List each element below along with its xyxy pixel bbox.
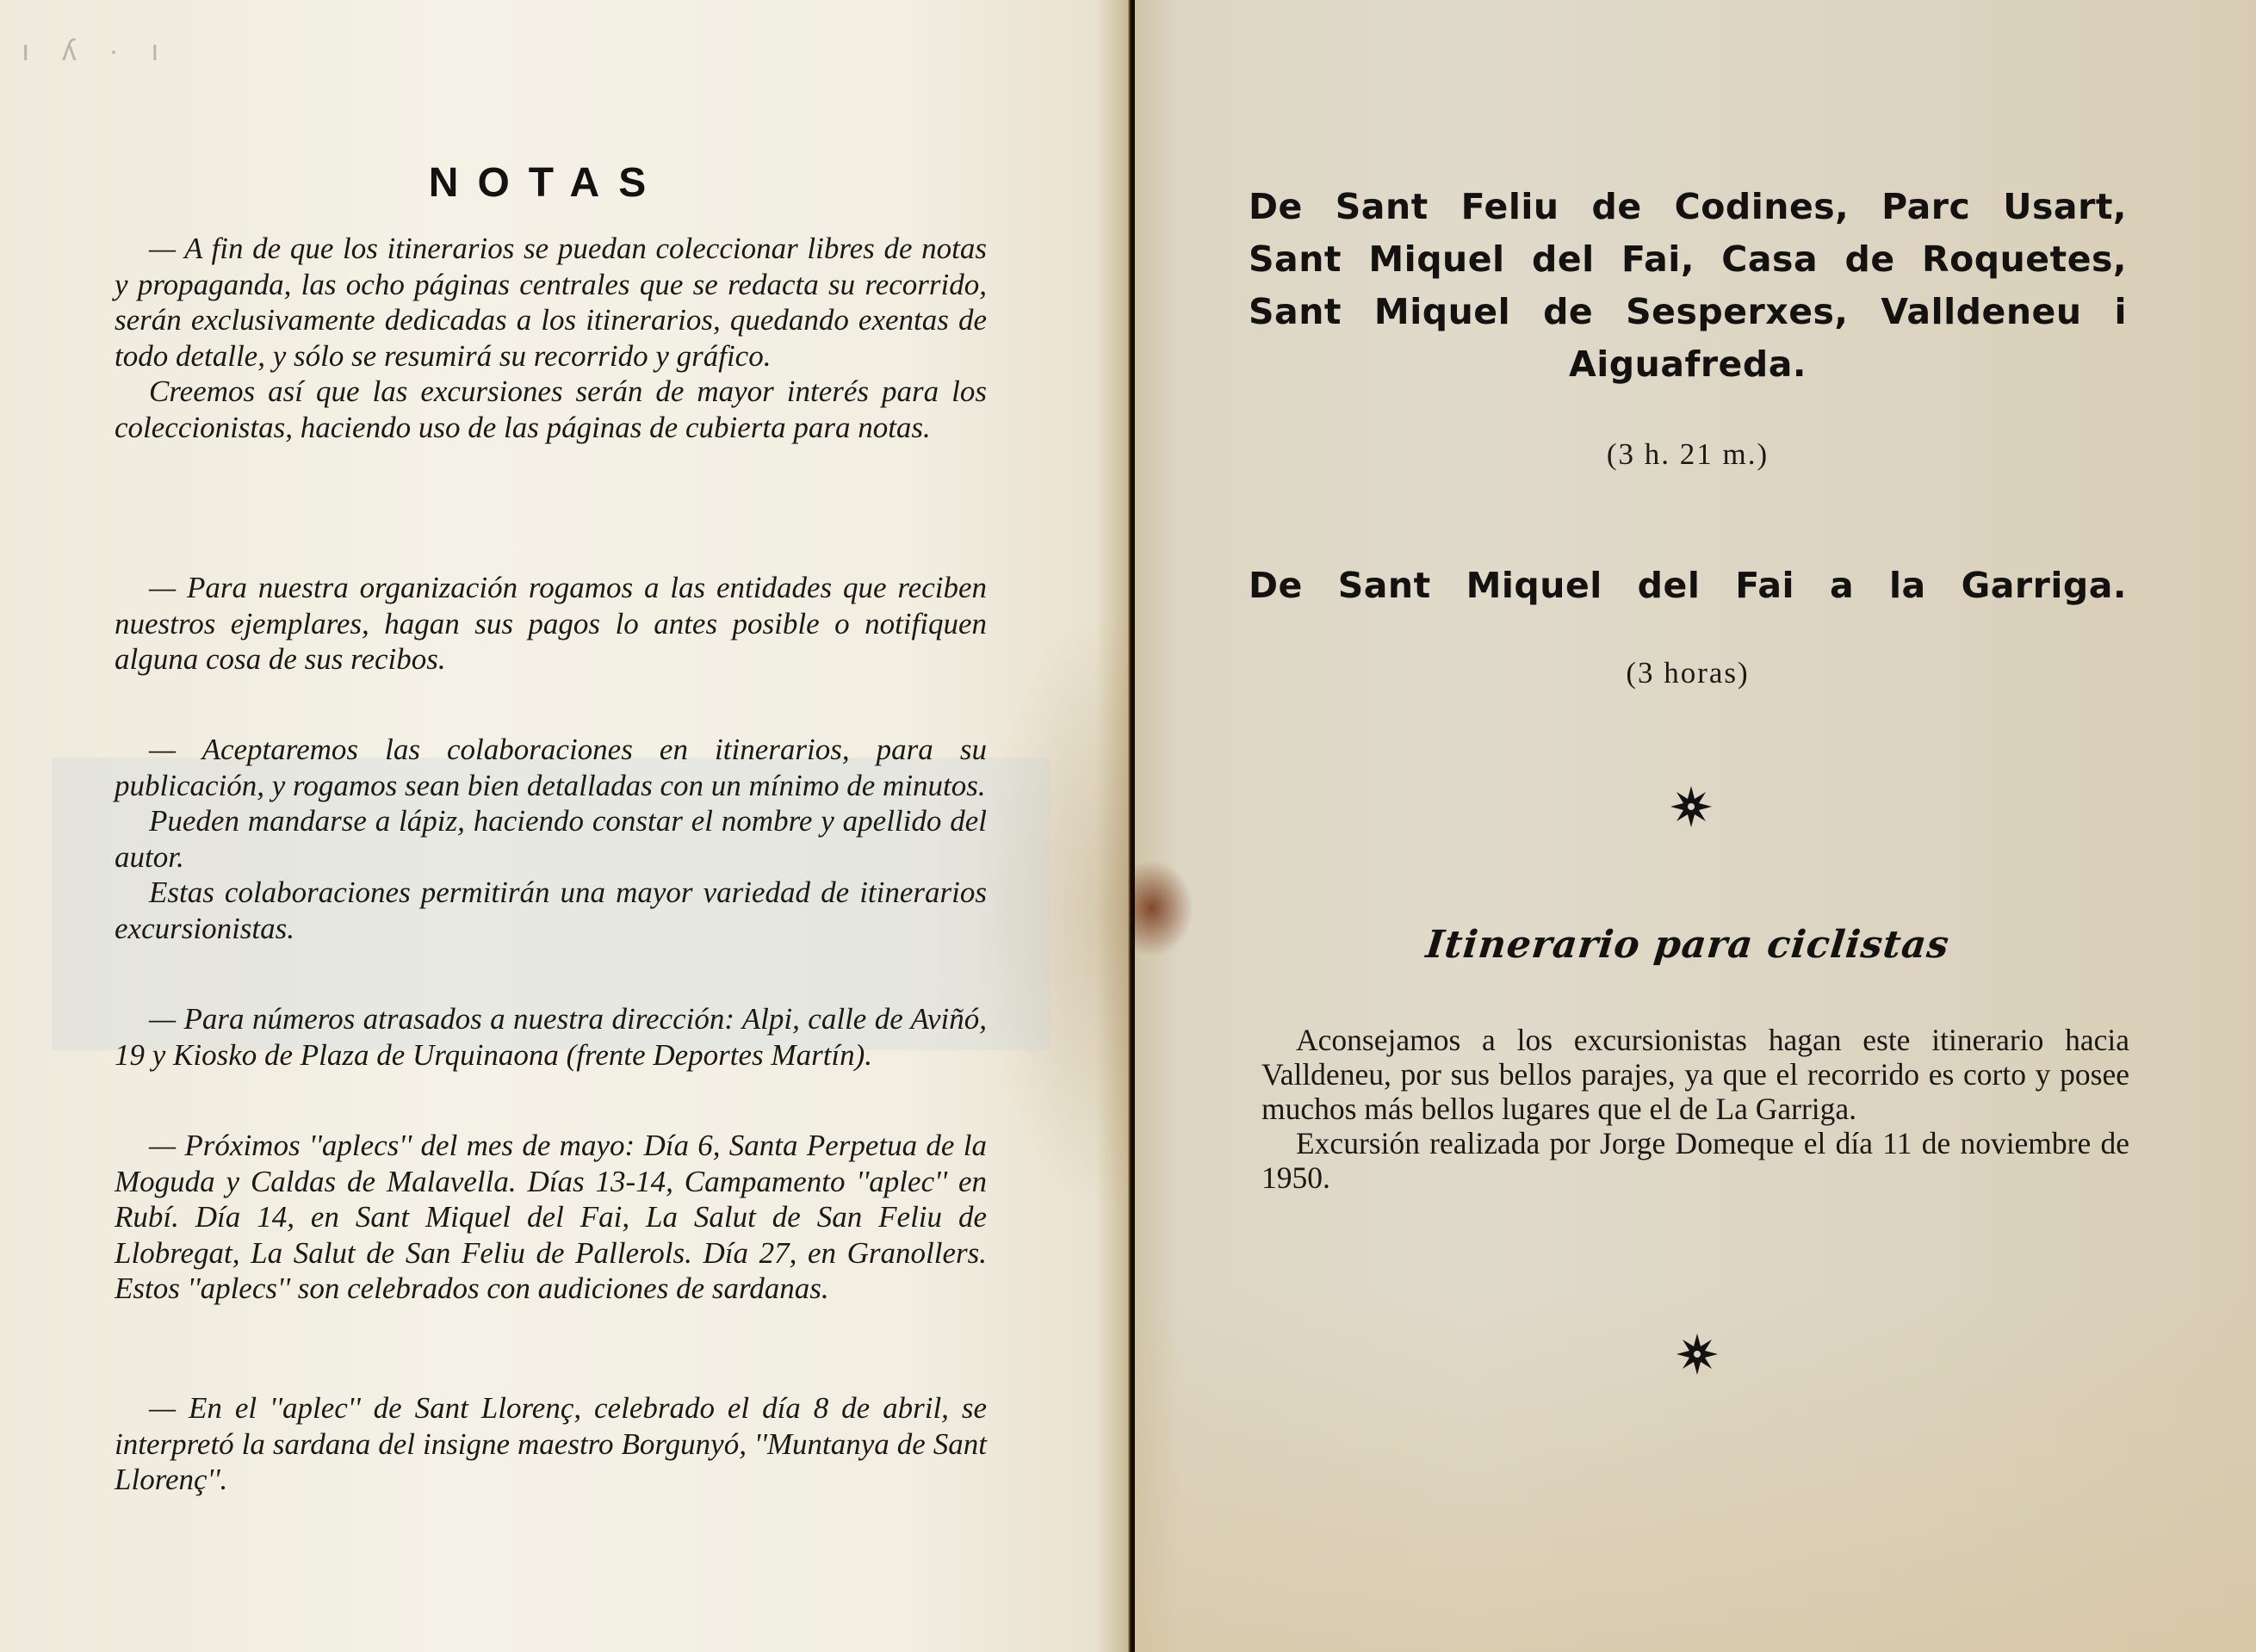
- note-payments: — Para nuestra organización rogamos a la…: [115, 570, 987, 678]
- note-paragraph: — Para nuestra organización rogamos a la…: [115, 570, 987, 678]
- note-back-issues: — Para números atrasados a nuestra direc…: [115, 1001, 987, 1073]
- notes-title: NOTAS: [344, 159, 749, 207]
- note-upcoming-aplecs: — Próximos ''aplecs'' del mes de mayo: D…: [115, 1128, 987, 1307]
- note-collecting-itineraries: — A fin de que los itinerarios se puedan…: [115, 231, 987, 445]
- note-collaborations: — Aceptaremos las colaboraciones en itin…: [115, 732, 987, 946]
- route-1-title: De Sant Feliu de Codines, Parc Usart, Sa…: [1249, 181, 2127, 391]
- note-paragraph: — Aceptaremos las colaboraciones en itin…: [115, 732, 987, 803]
- route-2-title: De Sant Miquel del Fai a la Garriga.: [1249, 560, 2127, 612]
- star-ornament-icon: [1670, 785, 1713, 828]
- note-sant-llorenc-aplec: — En el ''aplec'' de Sant Llorenç, celeb…: [115, 1390, 987, 1498]
- star-ornament-icon: [1676, 1333, 1719, 1376]
- route-2-duration: (3 horas): [1223, 656, 2153, 690]
- route-1-title-line: Sant Miquel del Fai, Casa de Roquetes,: [1249, 233, 2127, 286]
- note-paragraph: — En el ''aplec'' de Sant Llorenç, celeb…: [115, 1390, 987, 1498]
- note-paragraph: — Para números atrasados a nuestra direc…: [115, 1001, 987, 1073]
- route-1-title-line: De Sant Feliu de Codines, Parc Usart,: [1249, 181, 2127, 233]
- cyclist-paragraph: Excursión realizada por Jorge Domeque el…: [1261, 1126, 2129, 1195]
- route-1-title-line: Sant Miquel de Sesperxes, Valldeneu i: [1249, 286, 2127, 338]
- cyclist-paragraph: Aconsejamos a los excursionistas hagan e…: [1261, 1023, 2129, 1126]
- note-paragraph: — A fin de que los itinerarios se puedan…: [115, 231, 987, 374]
- note-paragraph: Pueden mandarse a lápiz, haciendo consta…: [115, 803, 987, 875]
- left-page: ı ʎ · ı NOTAS — A fin de que los itinera…: [0, 0, 1130, 1652]
- cyclist-itinerary-body: Aconsejamos a los excursionistas hagan e…: [1261, 1023, 2129, 1195]
- note-paragraph: — Próximos ''aplecs'' del mes de mayo: D…: [115, 1128, 987, 1307]
- cyclist-itinerary-heading: Itinerario para ciclistas: [1220, 923, 2154, 967]
- note-paragraph: Creemos así que las excursiones serán de…: [115, 374, 987, 445]
- note-paragraph: Estas colaboraciones permitirán una mayo…: [115, 875, 987, 946]
- route-1-duration: (3 h. 21 m.): [1223, 437, 2153, 472]
- pencil-mark: ı ʎ · ı: [22, 34, 171, 68]
- route-1-title-line: Aiguafreda.: [1249, 338, 2127, 391]
